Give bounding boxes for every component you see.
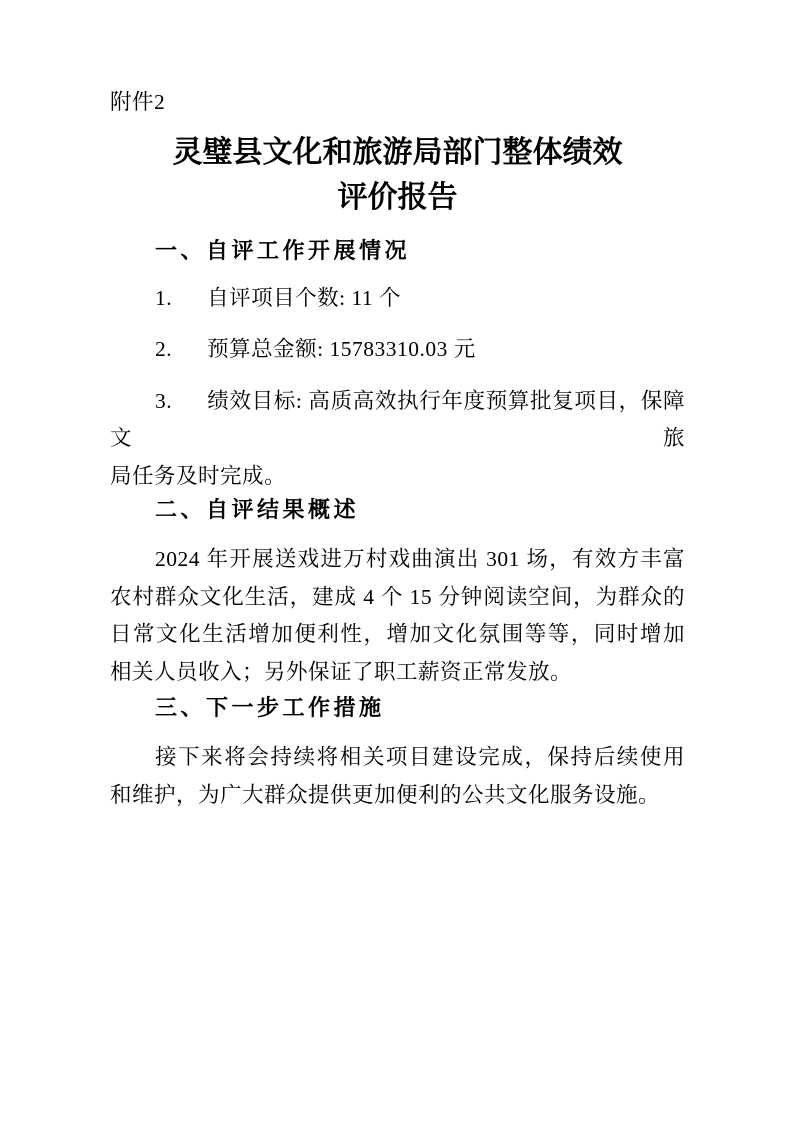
page-content: 附件2 灵璧县文化和旅游局部门整体绩效 评价报告 一、自评工作开展情况 1.自评… [0, 0, 794, 814]
list-item-1: 1.自评项目个数: 11 个 [110, 280, 685, 318]
section-heading-3: 三、下一步工作措施 [110, 693, 685, 723]
next-steps-paragraph: 接下来将会持续将相关项目建设完成，保持后续使用 和维护，为广大群众提供更加便利的… [110, 739, 685, 814]
list-item-2-text: 预算总金额: 15783310.03 元 [207, 337, 476, 361]
document-title: 灵璧县文化和旅游局部门整体绩效 评价报告 [110, 130, 685, 220]
list-item-3-text-line-2: 局任务及时完成。 [110, 458, 685, 496]
next-steps-paragraph-line-2: 和维护，为广大群众提供更加便利的公共文化服务设施。 [110, 777, 685, 815]
document-title-line-2: 评价报告 [110, 175, 685, 220]
list-item-3-text-line-1: 绩效目标: 高质高效执行年度预算批复项目，保障文旅 [110, 389, 685, 451]
section-heading-1: 一、自评工作开展情况 [110, 236, 685, 266]
list-item-3: 3.绩效目标: 高质高效执行年度预算批复项目，保障文旅 [110, 383, 685, 458]
attachment-label: 附件2 [110, 84, 685, 122]
list-item-1-text: 自评项目个数: 11 个 [207, 286, 401, 310]
list-item-2: 2.预算总金额: 15783310.03 元 [110, 331, 685, 369]
summary-paragraph-line-1: 2024 年开展送戏进万村戏曲演出 301 场，有效方丰富 [110, 541, 685, 579]
summary-paragraph-line-2: 农村群众文化生活，建成 4 个 15 分钟阅读空间，为群众的 [110, 579, 685, 617]
list-item-2-number: 2. [155, 337, 172, 361]
section-heading-2: 二、自评结果概述 [110, 495, 685, 525]
document-title-line-1: 灵璧县文化和旅游局部门整体绩效 [110, 130, 685, 175]
summary-paragraph-line-3: 日常文化生活增加便利性，增加文化氛围等等，同时增加 [110, 616, 685, 654]
list-item-1-number: 1. [155, 286, 172, 310]
summary-paragraph-line-4: 相关人员收入；另外保证了职工薪资正常发放。 [110, 654, 685, 692]
summary-paragraph: 2024 年开展送戏进万村戏曲演出 301 场，有效方丰富 农村群众文化生活，建… [110, 541, 685, 691]
list-item-3-number: 3. [155, 389, 172, 413]
document-page: 附件2 灵璧县文化和旅游局部门整体绩效 评价报告 一、自评工作开展情况 1.自评… [0, 0, 794, 1122]
next-steps-paragraph-line-1: 接下来将会持续将相关项目建设完成，保持后续使用 [110, 739, 685, 777]
